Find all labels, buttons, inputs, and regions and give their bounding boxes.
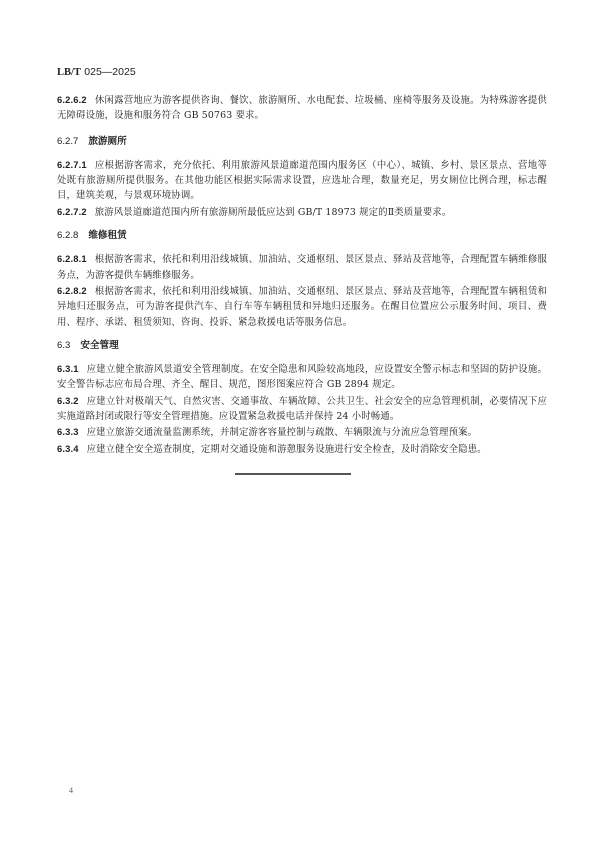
clause-6-2-7-1: 6.2.7.1应根据游客需求，充分依托、利用旅游风景道廊道范围内服务区（中心）、… [57, 157, 547, 204]
clause-6-2-8-2: 6.2.8.2根据游客需求，依托和利用沿线城镇、加油站、交通枢纽、景区景点、驿站… [57, 283, 547, 330]
clause-6-3-4: 6.3.4应建立健全安全巡查制度，定期对交通设施和游憩服务设施进行安全检查，及时… [57, 441, 547, 457]
heading-6-2-7: 6.2.7旅游厕所 [57, 134, 547, 149]
page-number: 4 [69, 786, 73, 795]
clause-6-2-7-2: 6.2.7.2旅游风景道廊道范围内所有旅游厕所最低应达到 GB/T 18973 … [57, 204, 547, 220]
clause-6-2-6-2: 6.2.6.2休闲露营地应为游客提供咨询、餐饮、旅游厕所、水电配套、垃圾桶、座椅… [57, 92, 547, 124]
clause-6-3-1: 6.3.1应建立健全旅游风景道安全管理制度。在安全隐患和风险较高地段，应设置安全… [57, 361, 547, 393]
clause-6-3-3: 6.3.3应建立旅游交通流量监测系统，并制定游客容量控制与疏散、车辆限流与分流应… [57, 424, 547, 440]
document-body: 6.2.6.2休闲露营地应为游客提供咨询、餐饮、旅游厕所、水电配套、垃圾桶、座椅… [57, 92, 547, 457]
clause-6-3-2: 6.3.2应建立针对极端天气、自然灾害、交通事故、车辆故障、公共卫生、社会安全的… [57, 393, 547, 425]
standard-code-prefix: LB/T [57, 67, 81, 78]
clause-6-2-8-1: 6.2.8.1根据游客需求，依托和利用沿线城镇、加油站、交通枢纽、景区景点、驿站… [57, 251, 547, 283]
document-header: LB/T 025—2025 [57, 66, 136, 78]
heading-6-3: 6.3安全管理 [57, 338, 547, 353]
end-of-text-rule [235, 473, 351, 475]
standard-code-number: 025—2025 [84, 66, 135, 78]
heading-6-2-8: 6.2.8维修租赁 [57, 228, 547, 243]
